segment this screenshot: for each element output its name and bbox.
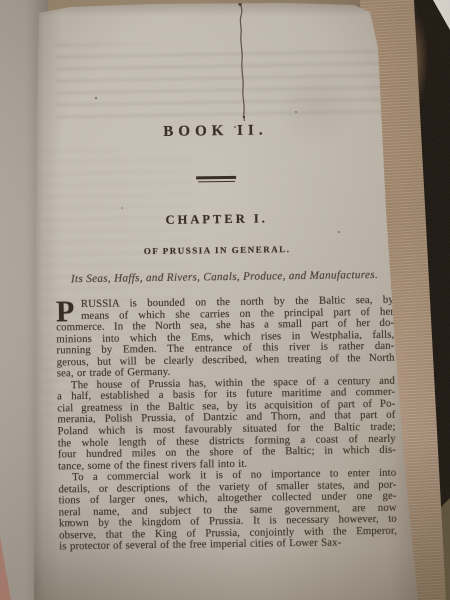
book-page: BOOK II. CHAPTER I. OF PRUSSIA IN GENERA… <box>34 0 426 600</box>
photo-frame: BOOK II. CHAPTER I. OF PRUSSIA IN GENERA… <box>0 0 450 600</box>
ink-specks <box>34 0 426 600</box>
